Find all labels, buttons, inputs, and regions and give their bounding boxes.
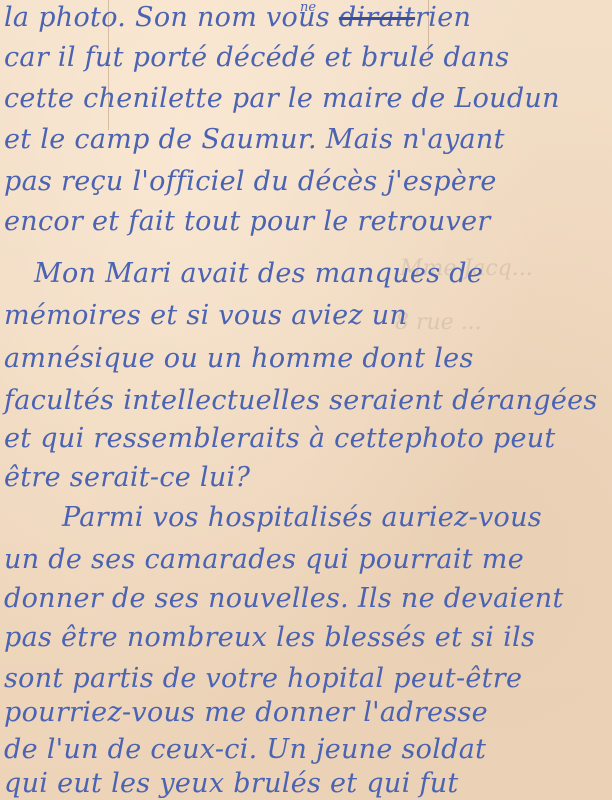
bleed-through-text: 8 rue ... [395,310,482,335]
insertion-mark: ne [300,0,316,15]
letter-line: pas reçu l'officiel du décès j'espère [4,166,497,197]
struck-word: dirait [339,2,415,33]
letter-line: car il fut porté décédé et brulé dans [4,42,509,73]
letter-line: donner de ses nouvelles. Ils ne devaient [4,583,564,614]
line-text: rien [415,2,471,33]
letter-line: de l'un de ceux-ci. Un jeune soldat [4,734,486,765]
letter-line: et le camp de Saumur. Mais n'ayant [4,124,505,155]
line-text: la photo. Son nom [4,2,257,33]
letter-line: pourriez-vous me donner l'adresse [4,697,488,728]
letter-line: pas être nombreux les blessés et si ils [4,622,535,653]
letter-line: cette chenilette par le maire de Loudun [4,83,560,114]
letter-line: sont partis de votre hopital peut-être [4,663,522,694]
line-text: vous [257,2,339,33]
letter-line: et qui ressembleraits à cettephoto peut [4,423,556,454]
letter-line: encor et fait tout pour le retrouver [4,206,491,237]
letter-line: un de ses camarades qui pourrait me [4,544,524,575]
letter-line: la photo. Son nom vous diraitrien [4,2,471,33]
letter-line: qui eut les yeux brulés et qui fut [4,768,459,799]
letter-line: être serait-ce lui? [4,462,250,493]
letter-line: facultés intellectuelles seraient dérang… [4,385,598,416]
letter-line: mémoires et si vous aviez un [4,300,407,331]
letter-page: Mme Jacq... 8 rue ... la photo. Son nom … [0,0,612,800]
letter-line: Mon Mari avait des manques de [34,258,483,289]
letter-line: amnésique ou un homme dont les [4,343,474,374]
letter-line: Parmi vos hospitalisés auriez-vous [62,502,542,533]
